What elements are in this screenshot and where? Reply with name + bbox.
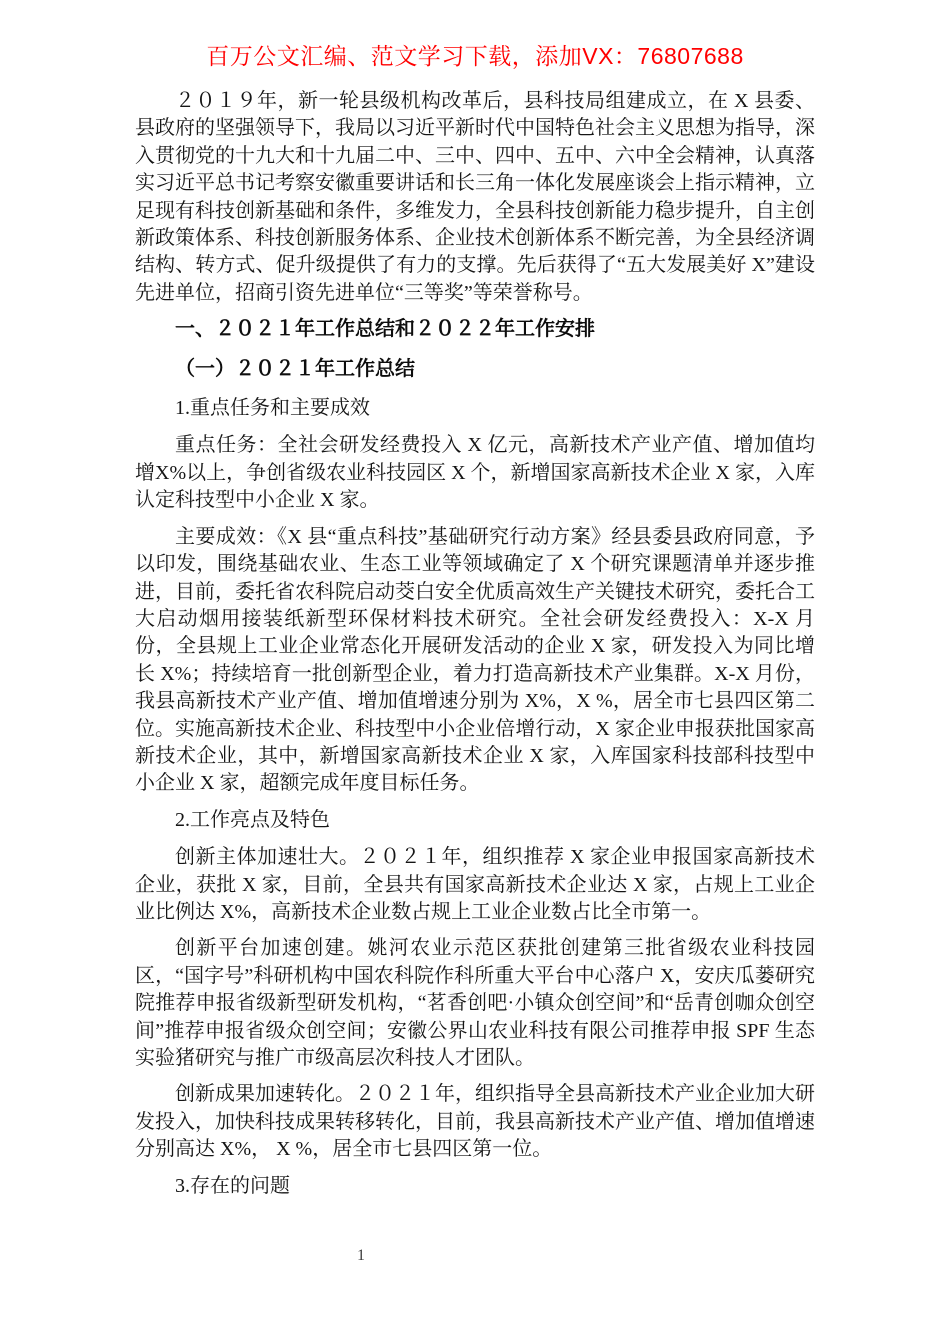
subheading-highlights: 2.工作亮点及特色 [135, 807, 815, 834]
heading-section-one: 一、２０２１年工作总结和２０２２年工作安排 [135, 316, 815, 343]
subheading-key-tasks: 1.重点任务和主要成效 [135, 395, 815, 422]
document-body: ２０１９年，新一轮县级机构改革后，县科技局组建成立，在 X 县委、县政府的坚强领… [135, 88, 815, 1210]
paragraph-intro: ２０１９年，新一轮县级机构改革后，县科技局组建成立，在 X 县委、县政府的坚强领… [135, 88, 815, 307]
paragraph-innovation-subjects: 创新主体加速壮大。２０２１年，组织推荐 X 家企业申报国家高新技术企业，获批 X… [135, 844, 815, 926]
paragraph-key-tasks: 重点任务：全社会研发经费投入 X 亿元，高新技术产业产值、增加值均增X%以上，争… [135, 432, 815, 514]
paragraph-innovation-platforms: 创新平台加速创建。姚河农业示范区获批创建第三批省级农业科技园区，“国字号”科研机… [135, 935, 815, 1072]
heading-subsection-one: （一）２０２１年工作总结 [135, 356, 815, 383]
promo-header-text: 百万公文汇编、范文学习下载，添加VX：76807688 [0, 42, 950, 70]
page-number: 1 [357, 1246, 365, 1266]
paragraph-main-achievements: 主要成效：《X 县“重点科技”基础研究行动方案》经县委县政府同意，予以印发，围绕… [135, 524, 815, 798]
subheading-problems: 3.存在的问题 [135, 1173, 815, 1200]
paragraph-innovation-results: 创新成果加速转化。２０２１年，组织指导全县高新技术产业企业加大研发投入，加快科技… [135, 1081, 815, 1163]
